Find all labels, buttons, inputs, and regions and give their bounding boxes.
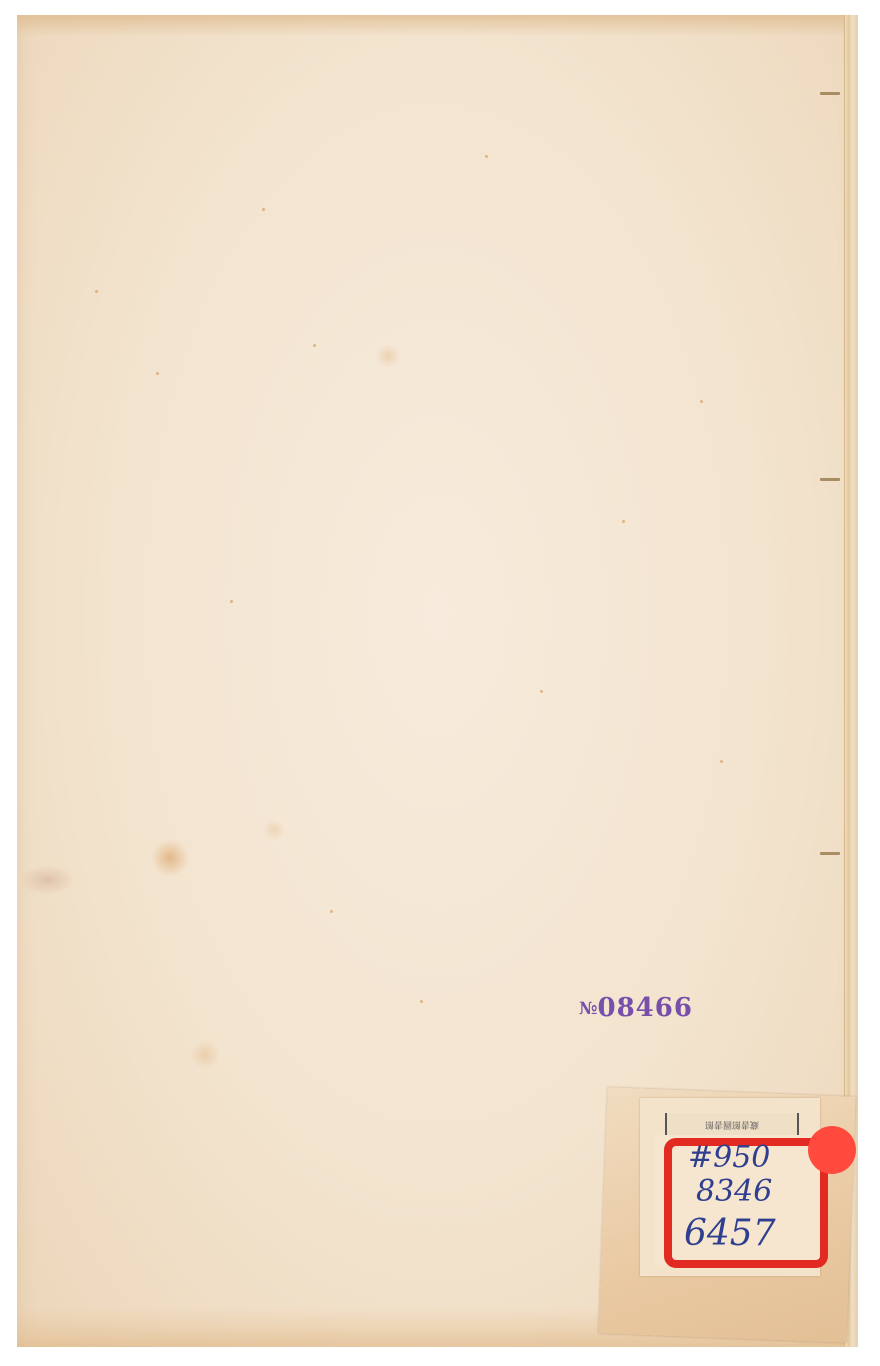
foxing-speck xyxy=(485,155,488,158)
ink-smudge xyxy=(20,865,75,895)
foxing-stain xyxy=(375,345,401,367)
call-number-line-3: 6457 xyxy=(684,1217,828,1251)
call-number-line-2: 8346 xyxy=(696,1175,828,1209)
numero-sign: № xyxy=(579,999,596,1019)
library-label-header: 藏書館圖書館 xyxy=(665,1113,799,1137)
foxing-stain xyxy=(150,840,190,876)
foxing-speck xyxy=(313,344,316,347)
foxing-speck xyxy=(95,290,98,293)
accession-number: 08466 xyxy=(597,993,692,1023)
foxing-speck xyxy=(540,690,543,693)
foxing-stain xyxy=(262,820,286,840)
foxing-speck xyxy=(230,600,233,603)
foxing-speck xyxy=(622,520,625,523)
binding-stitch xyxy=(820,852,840,855)
foxing-speck xyxy=(330,910,333,913)
foxing-speck xyxy=(262,208,265,211)
foxing-speck xyxy=(720,760,723,763)
red-dot-sticker xyxy=(808,1126,856,1174)
foxing-stain xyxy=(190,1040,220,1070)
call-number-handwriting: #950 8346 6457 xyxy=(688,1141,828,1251)
foxing-speck xyxy=(420,1000,423,1003)
call-number-line-1: #950 xyxy=(688,1141,828,1175)
foxing-speck xyxy=(156,372,159,375)
foxing-speck xyxy=(700,400,703,403)
accession-number-stamp: №08466 xyxy=(579,993,693,1023)
binding-stitch xyxy=(820,92,840,95)
binding-stitch xyxy=(820,478,840,481)
page-top-edge xyxy=(17,15,857,37)
